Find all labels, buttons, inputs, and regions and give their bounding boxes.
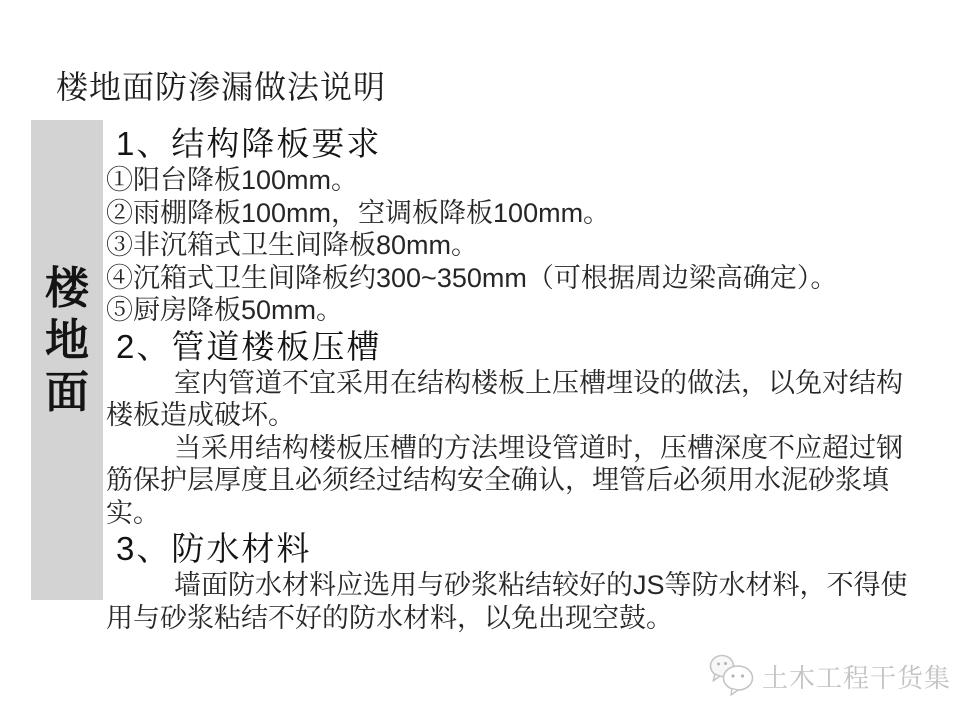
text-line: 当采用结构楼板压槽的方法埋设管道时，压槽深度不应超过钢 bbox=[106, 432, 926, 465]
section-2-heading: 2、管道楼板压槽 bbox=[106, 327, 926, 367]
text-line: ②雨棚降板100mm，空调板降板100mm。 bbox=[106, 197, 926, 230]
wechat-logo-icon bbox=[708, 652, 756, 701]
text-line: 筋保护层厚度且必须经过结构安全确认，埋管后必须用水泥砂浆填 bbox=[106, 464, 926, 497]
text-line: ④沉箱式卫生间降板约300~350mm（可根据周边梁高确定）。 bbox=[106, 262, 926, 295]
text-line: 墙面防水材料应选用与砂浆粘结较好的JS等防水材料，不得使 bbox=[106, 569, 926, 602]
text-line: 实。 bbox=[106, 497, 926, 530]
section-3-heading: 3、防水材料 bbox=[106, 529, 926, 569]
page-title: 楼地面防渗漏做法说明 bbox=[56, 62, 386, 108]
sidebar-char: 地 bbox=[45, 315, 89, 367]
sidebar-tab: 楼 地 面 bbox=[31, 120, 103, 600]
watermark: 土木工程干货集 bbox=[708, 652, 951, 701]
text-line: ③非沉箱式卫生间降板80mm。 bbox=[106, 229, 926, 262]
sidebar-char: 楼 bbox=[45, 263, 89, 315]
content-area: 1、结构降板要求 ①阳台降板100mm。 ②雨棚降板100mm，空调板降板100… bbox=[106, 124, 926, 634]
text-line: ①阳台降板100mm。 bbox=[106, 164, 926, 197]
text-line: 用与砂浆粘结不好的防水材料，以免出现空鼓。 bbox=[106, 602, 926, 635]
text-line: 室内管道不宜采用在结构楼板上压槽埋设的做法，以免对结构 bbox=[106, 367, 926, 400]
slide: 楼地面防渗漏做法说明 楼 地 面 1、结构降板要求 ①阳台降板100mm。 ②雨… bbox=[0, 0, 960, 720]
section-1-heading: 1、结构降板要求 bbox=[106, 124, 926, 164]
text-line: 楼板造成破坏。 bbox=[106, 399, 926, 432]
watermark-text: 土木工程干货集 bbox=[762, 658, 951, 695]
text-line: ⑤厨房降板50mm。 bbox=[106, 294, 926, 327]
sidebar-char: 面 bbox=[45, 367, 89, 419]
